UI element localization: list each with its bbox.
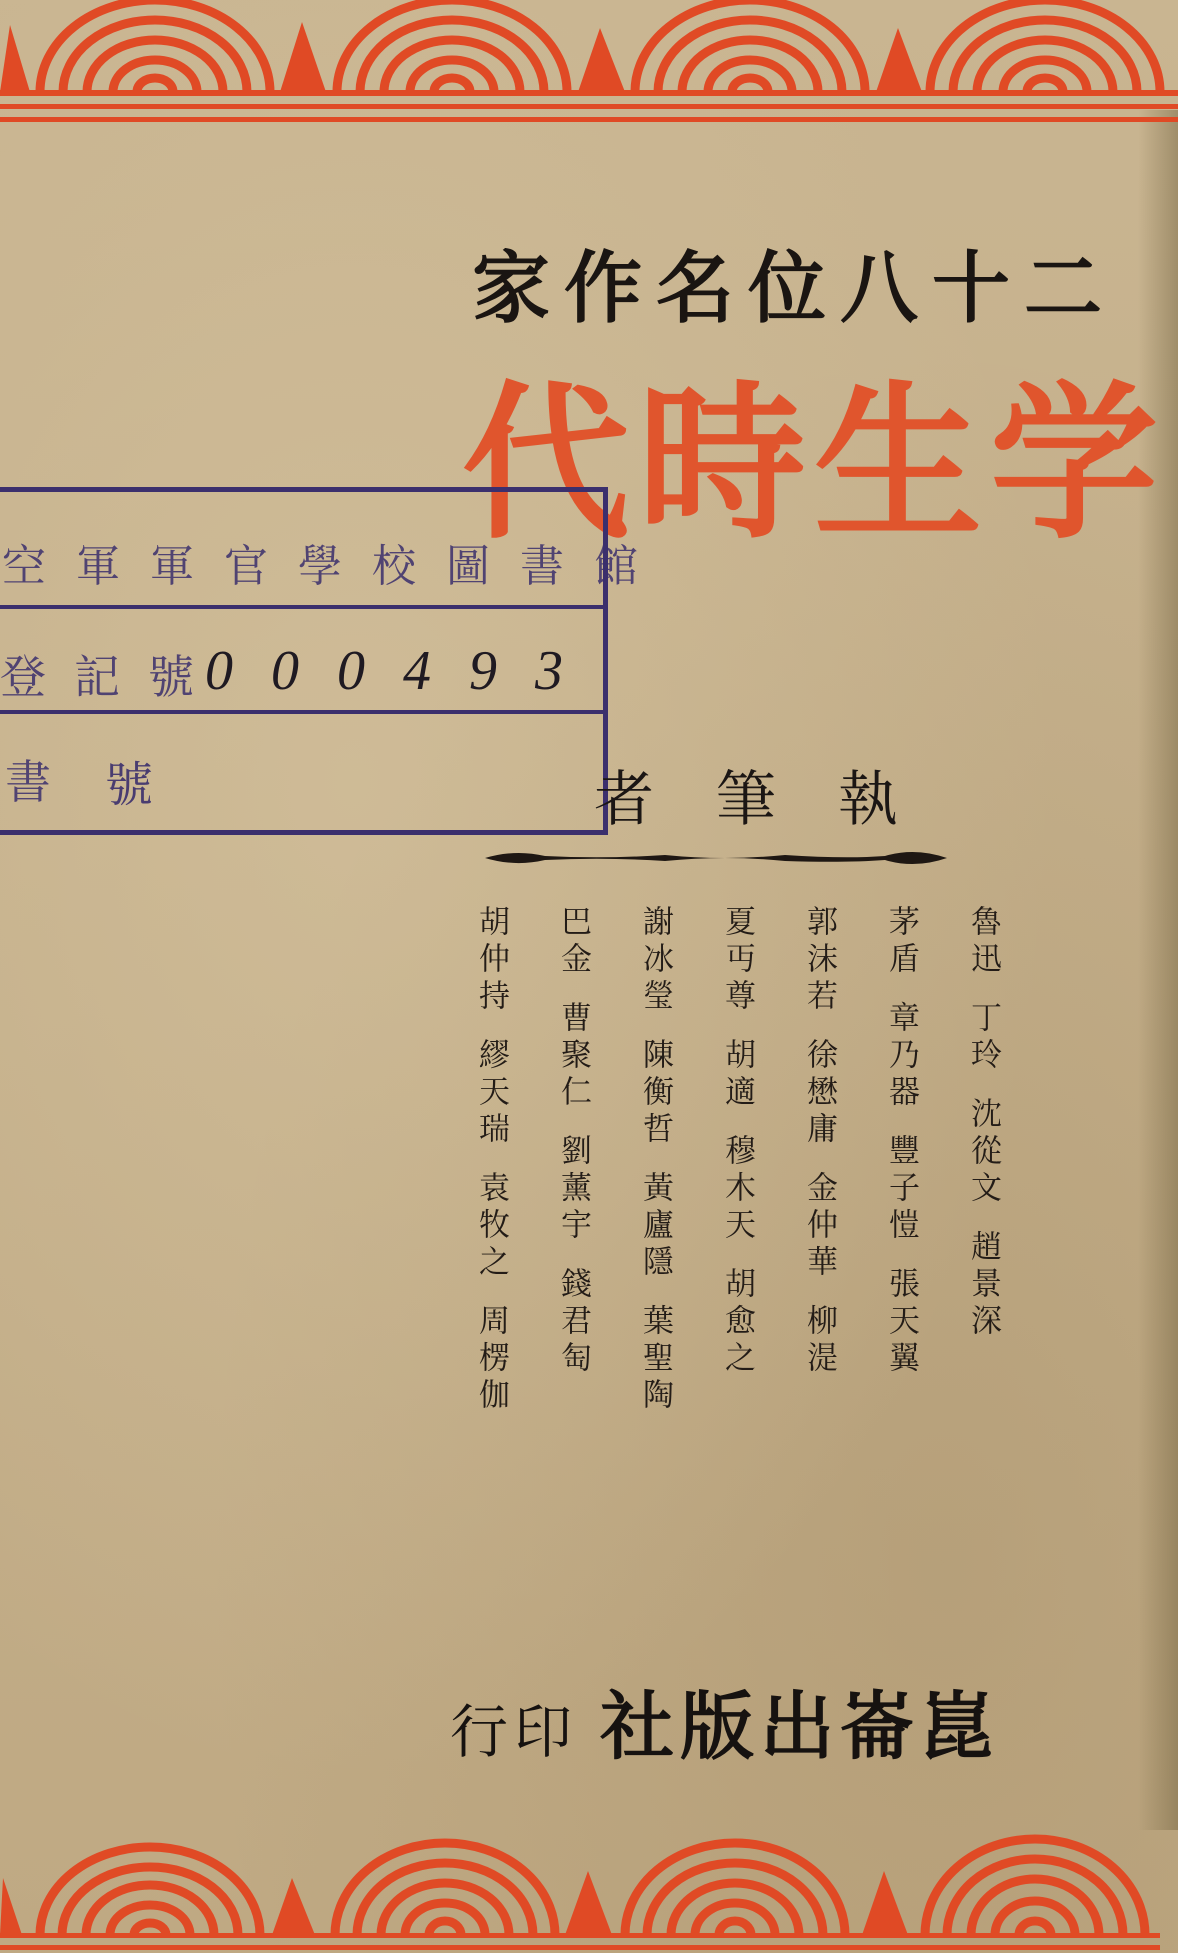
library-name: 空軍軍官學校圖書館: [2, 530, 668, 594]
author-column: 巴金 曹聚仁 劉薰宇 錢君匋: [546, 905, 588, 1437]
registration-number: 000493: [205, 639, 601, 703]
author-name: 繆天瑞: [464, 1038, 506, 1149]
author-name: 陳衡哲: [628, 1038, 670, 1149]
author-name: 曹聚仁: [546, 1001, 588, 1112]
author-name: 謝冰瑩: [628, 905, 670, 1016]
author-name: 茅盾: [874, 905, 916, 979]
author-name: 郭沫若: [792, 905, 834, 1016]
stamp-row-call-number: 書 號: [0, 714, 603, 825]
arch-border-icon: [0, 1823, 1178, 1953]
author-name: 穆木天: [710, 1134, 752, 1245]
publisher-action: 印行: [450, 1698, 578, 1766]
author-name: 金仲華: [792, 1171, 834, 1282]
author-name: 葉聖陶: [628, 1304, 670, 1415]
publisher-line: 崑崙出版社印行: [440, 1668, 1000, 1774]
author-name: 周楞伽: [464, 1304, 506, 1415]
publisher-name: 崑崙出版社: [600, 1684, 1000, 1770]
bottom-decorative-border: [0, 1823, 1178, 1953]
stamp-row-registration: 登記號 000493: [0, 609, 603, 714]
author-name: 沈從文: [956, 1097, 998, 1208]
author-name: 張天翼: [874, 1267, 916, 1378]
call-number-label-b: 號: [105, 746, 153, 815]
author-column: 胡仲持 繆天瑞 袁牧之 周楞伽: [464, 905, 506, 1437]
author-name: 章乃器: [874, 1001, 916, 1112]
registration-label: 登記號: [0, 641, 222, 707]
author-name: 趙景深: [956, 1230, 998, 1341]
library-stamp: 空軍軍官學校圖書館 登記號 000493 書 號: [0, 487, 608, 835]
author-name: 徐懋庸: [792, 1038, 834, 1149]
top-decorative-border: [0, 0, 1178, 130]
author-name: 柳湜: [792, 1304, 834, 1378]
author-column: 夏丏尊 胡適 穆木天 胡愈之: [710, 905, 752, 1437]
stamp-row-library: 空軍軍官學校圖書館: [0, 492, 603, 609]
author-name: 胡仲持: [464, 905, 506, 1016]
ornamental-divider-icon: [485, 843, 947, 873]
author-column: 謝冰瑩 陳衡哲 黃廬隱 葉聖陶: [628, 905, 670, 1437]
author-name: 夏丏尊: [710, 905, 752, 1016]
author-column: 魯迅 丁玲 沈從文 趙景深: [956, 905, 998, 1437]
author-name: 胡適: [710, 1038, 752, 1112]
author-column: 茅盾 章乃器 豐子愷 張天翼: [874, 905, 916, 1437]
author-name: 丁玲: [956, 1001, 998, 1075]
arch-border-icon: [0, 0, 1178, 130]
author-name: 巴金: [546, 905, 588, 979]
author-name: 錢君匋: [546, 1267, 588, 1378]
author-name: 劉薰宇: [546, 1134, 588, 1245]
author-column: 郭沫若 徐懋庸 金仲華 柳湜: [792, 905, 834, 1437]
call-number-label-a: 書: [5, 746, 51, 812]
author-name: 豐子愷: [874, 1134, 916, 1245]
cover-subtitle: 二十八位名作家: [336, 226, 1116, 338]
author-name: 黃廬隱: [628, 1171, 670, 1282]
authors-heading: 執筆者: [560, 752, 960, 838]
author-name: 魯迅: [956, 905, 998, 979]
authors-list: 魯迅 丁玲 沈從文 趙景深 茅盾 章乃器 豐子愷 張天翼 郭沫若 徐懋庸 金仲華…: [464, 905, 998, 1437]
author-name: 胡愈之: [710, 1267, 752, 1378]
author-name: 袁牧之: [464, 1171, 506, 1282]
